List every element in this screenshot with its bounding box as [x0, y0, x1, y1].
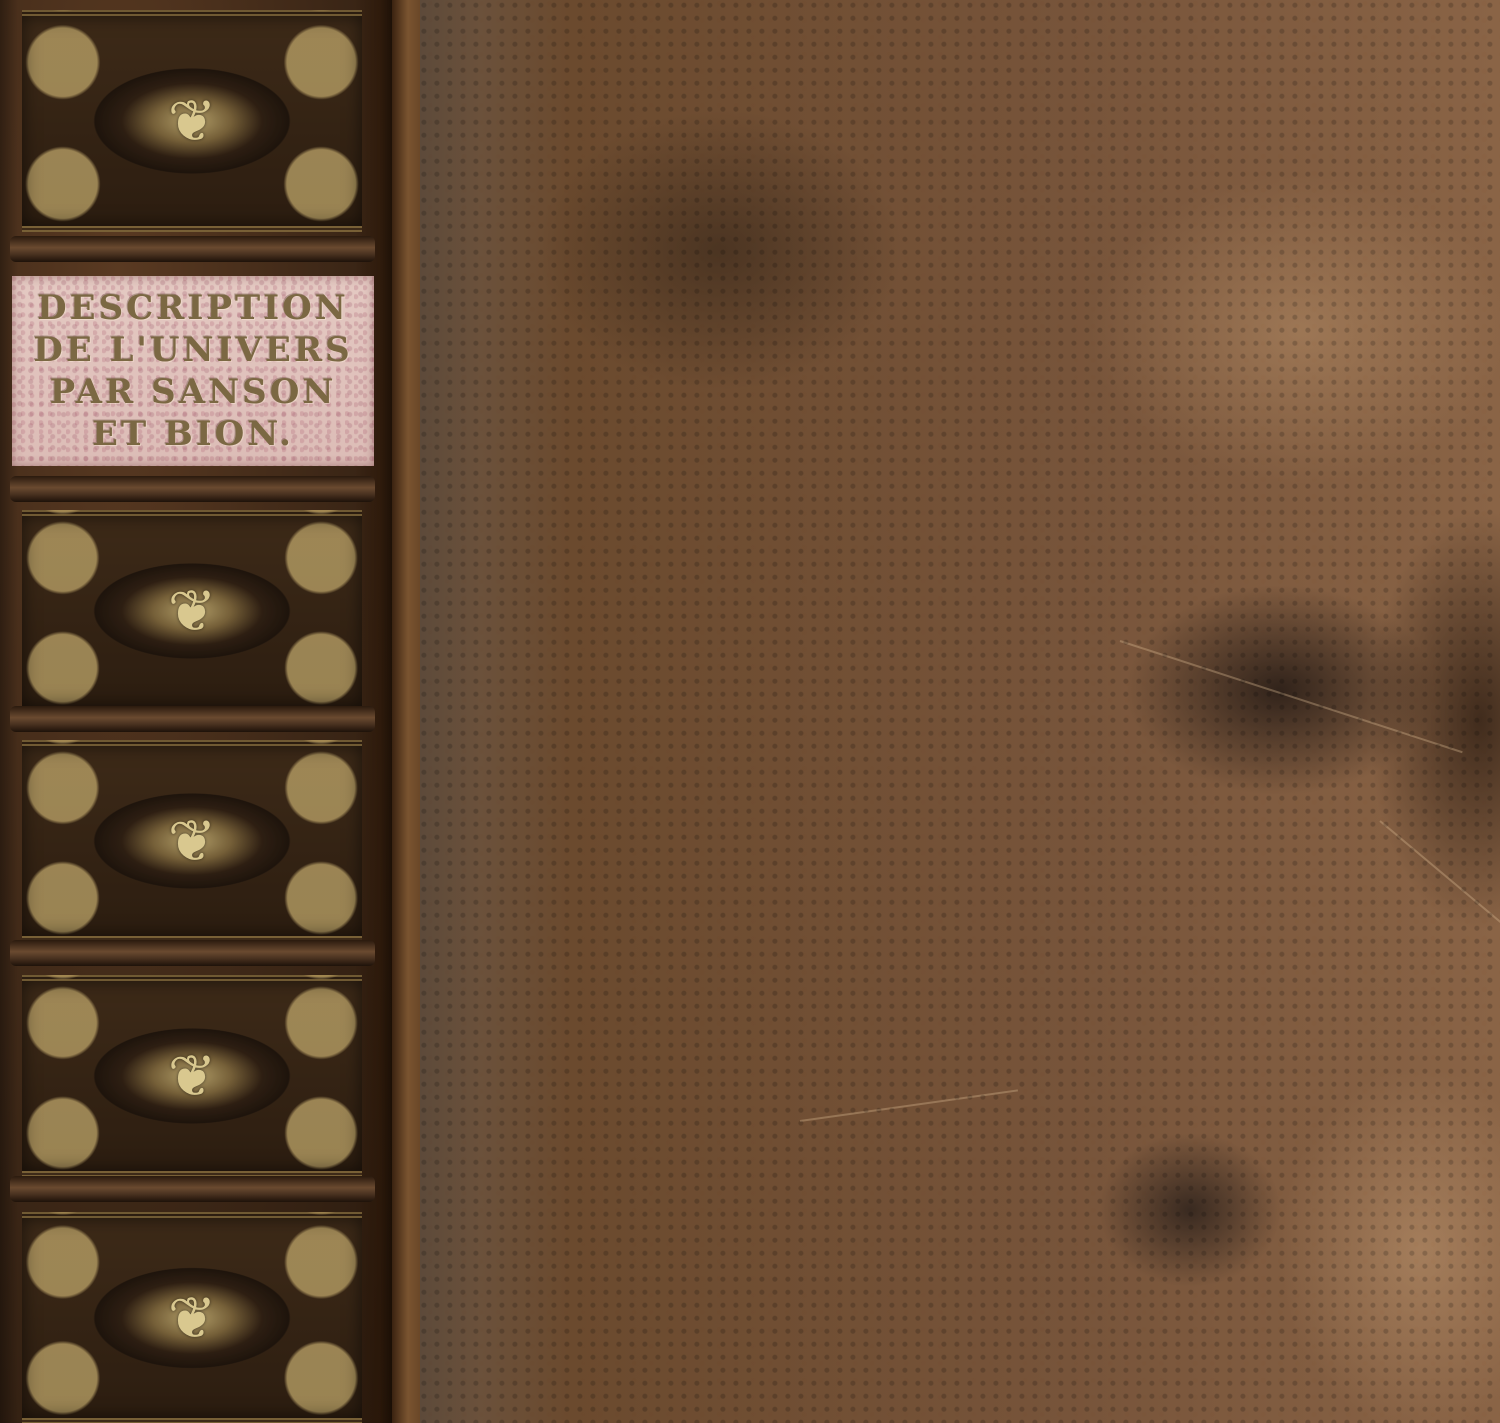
label-line-3: PAR SANSON — [50, 371, 337, 413]
fleuron-icon: ❦ — [168, 812, 217, 870]
fleuron-icon: ❦ — [168, 582, 217, 640]
book-photograph: ❦ DESCRIPTION DE L'UNIVERS PAR SANSON ET… — [0, 0, 1500, 1423]
spine-raised-band — [10, 476, 375, 502]
spine-raised-band — [10, 236, 375, 262]
label-line-2: DE L'UNIVERS — [33, 329, 352, 371]
spine-raised-band — [10, 940, 375, 966]
spine-compartment-5: ❦ — [22, 1212, 362, 1423]
spine-title-label: DESCRIPTION DE L'UNIVERS PAR SANSON ET B… — [12, 276, 374, 466]
label-line-4: ET BION. — [92, 413, 294, 455]
spine-compartment-1: ❦ — [22, 10, 362, 232]
spine-raised-band — [10, 706, 375, 732]
leather-scratch — [1120, 640, 1463, 753]
fleuron-icon: ❦ — [168, 1289, 217, 1347]
fleuron-icon: ❦ — [168, 92, 217, 150]
book-spine: ❦ DESCRIPTION DE L'UNIVERS PAR SANSON ET… — [0, 0, 392, 1423]
spine-compartment-3: ❦ — [22, 740, 362, 942]
spine-raised-band — [10, 1176, 375, 1202]
label-line-1: DESCRIPTION — [37, 287, 349, 329]
fleuron-icon: ❦ — [168, 1047, 217, 1105]
spine-compartment-4: ❦ — [22, 975, 362, 1177]
front-board — [420, 0, 1500, 1423]
leather-scratch — [800, 1089, 1018, 1122]
spine-compartment-2: ❦ — [22, 510, 362, 712]
leather-scratch — [1379, 820, 1500, 924]
